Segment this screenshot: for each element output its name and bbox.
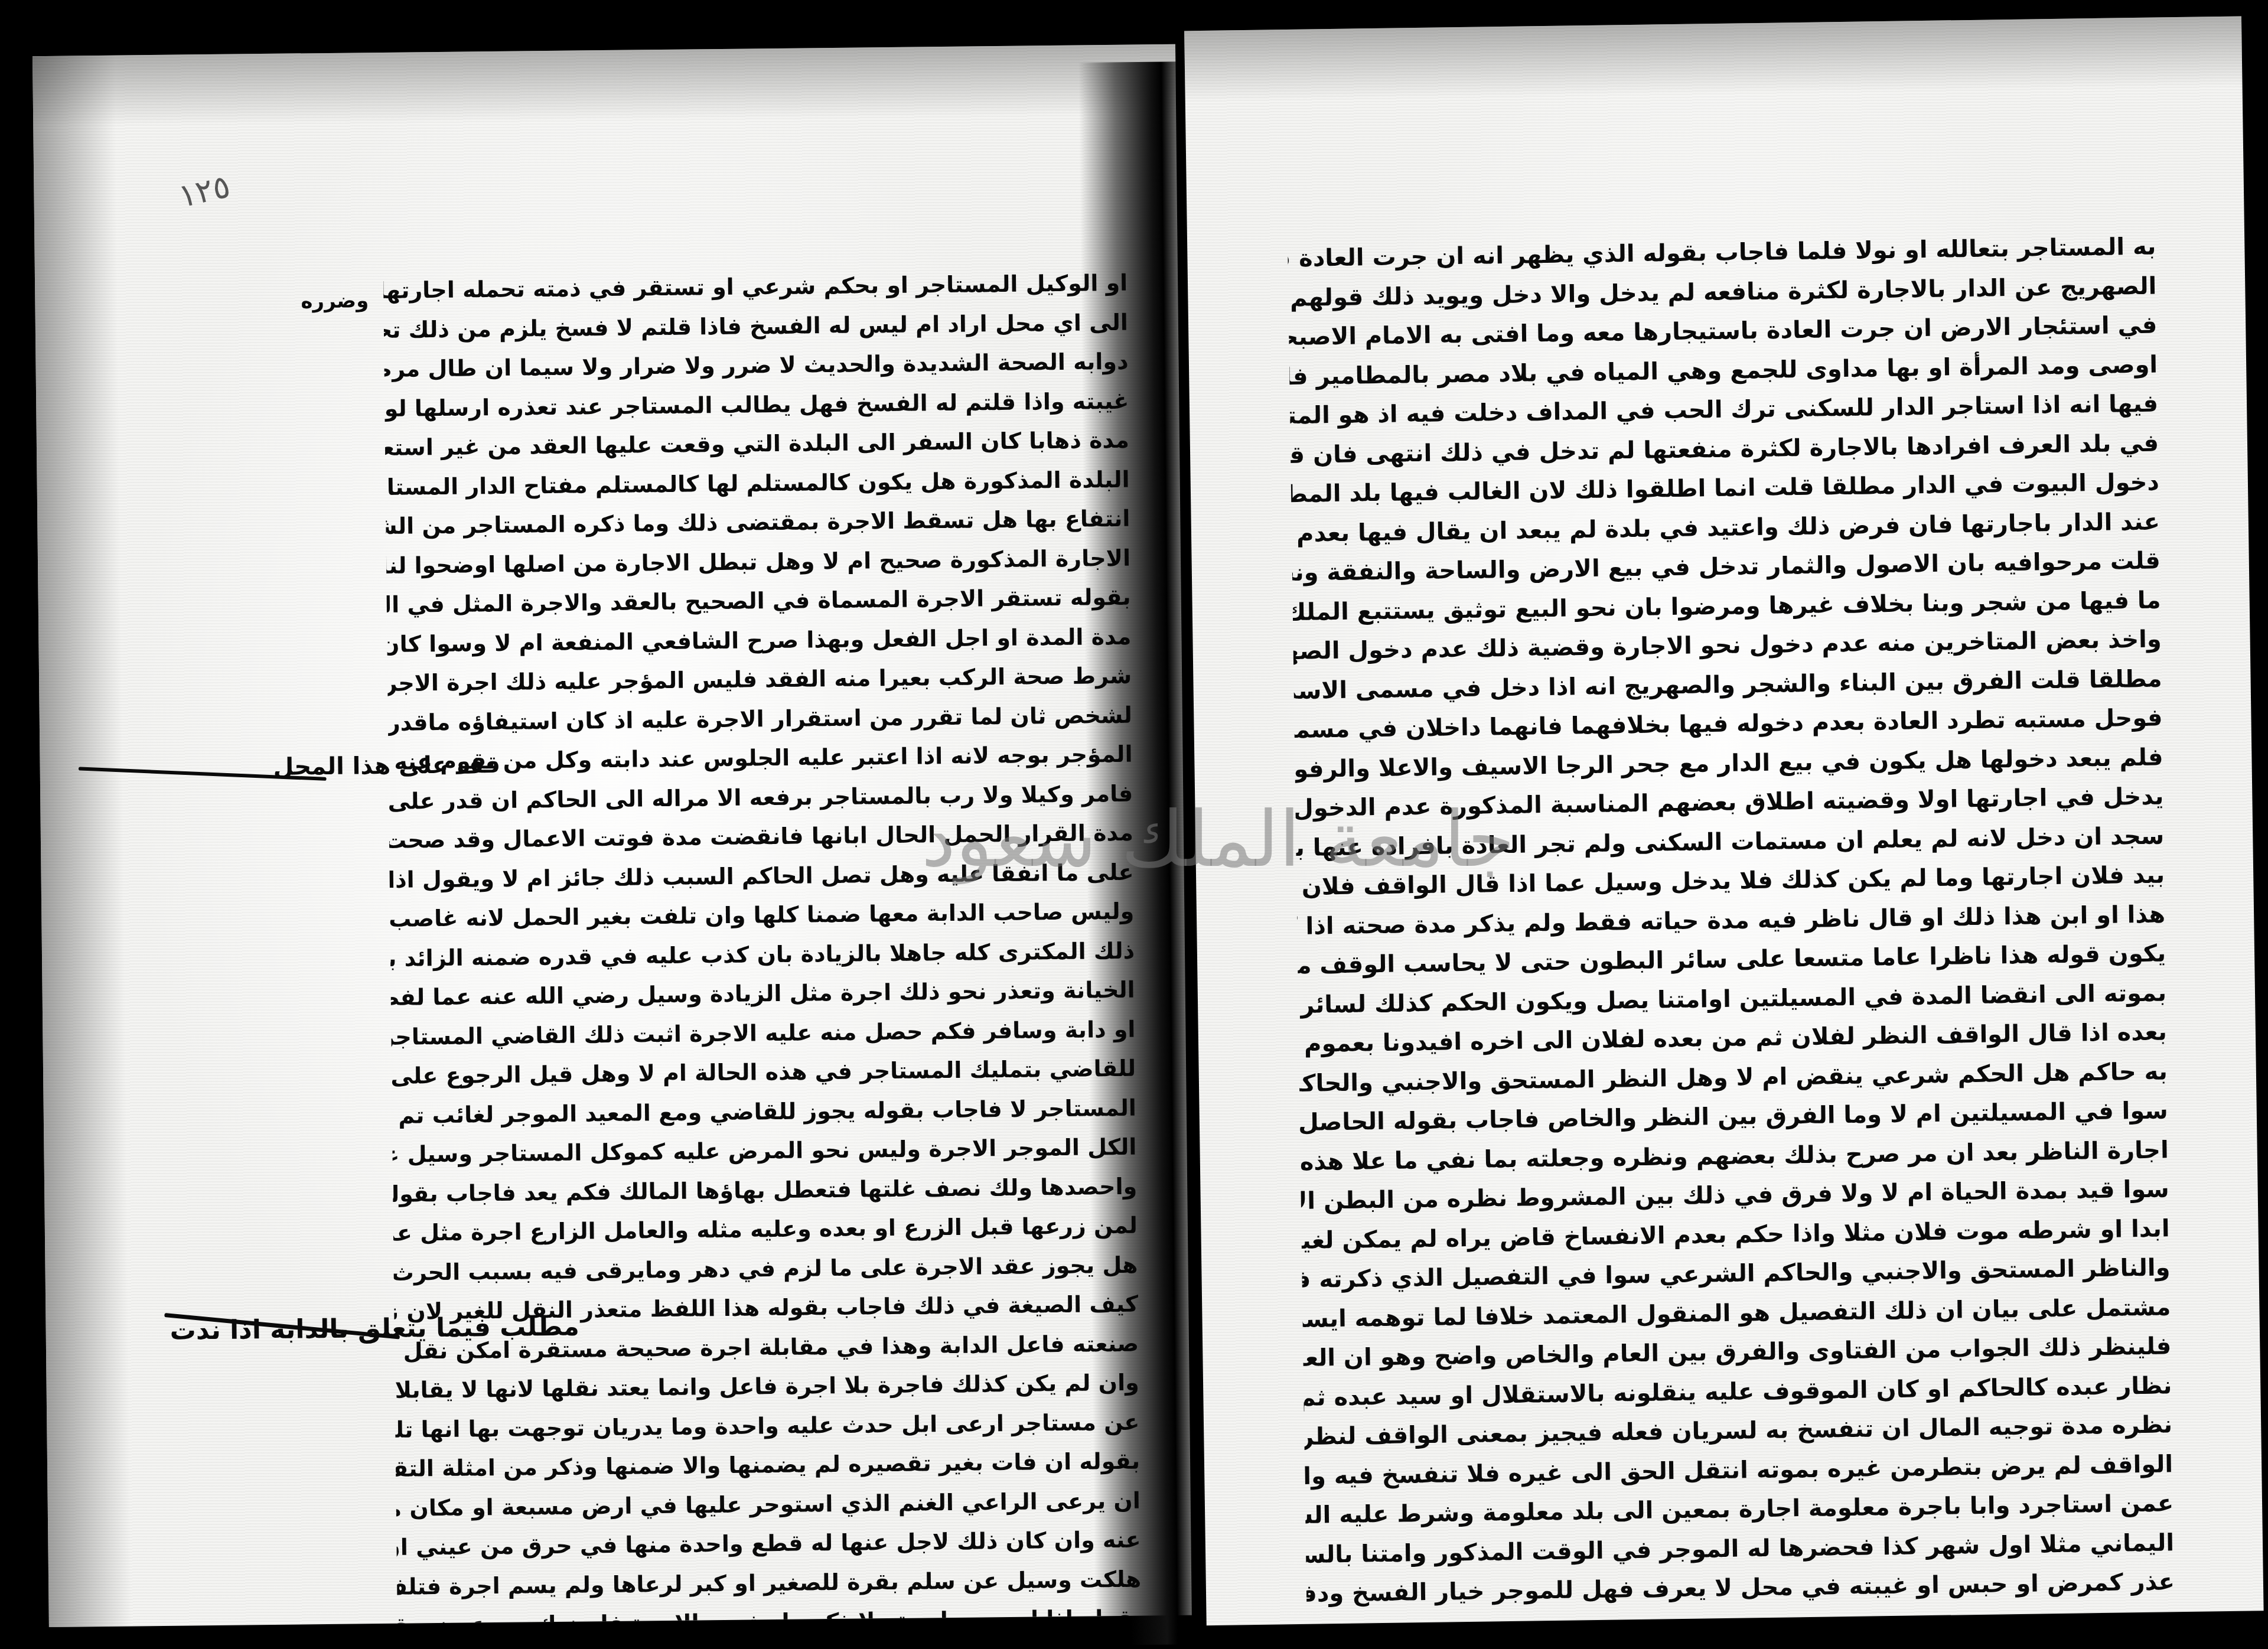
right-page-text: به المستاجر بتعالله او نولا فلما فاجاب ب… <box>1288 227 2175 1614</box>
page-number: ١٢٥ <box>175 167 234 214</box>
library-watermark: جامعة الملك سعود <box>921 794 1515 884</box>
left-page-top-shadow <box>32 44 1176 127</box>
manuscript-spread: ١٢٥ وضرره قف على هذا المحل مطلب فيما يتع… <box>0 0 2268 1649</box>
right-page-top-shadow <box>1184 17 2243 102</box>
left-page-edge-shadow <box>32 56 132 1627</box>
margin-note-top: وضرره <box>301 289 369 313</box>
left-page-text: او الوكيل المستاجر او بحكم شرعي او تستقر… <box>383 263 1142 1627</box>
